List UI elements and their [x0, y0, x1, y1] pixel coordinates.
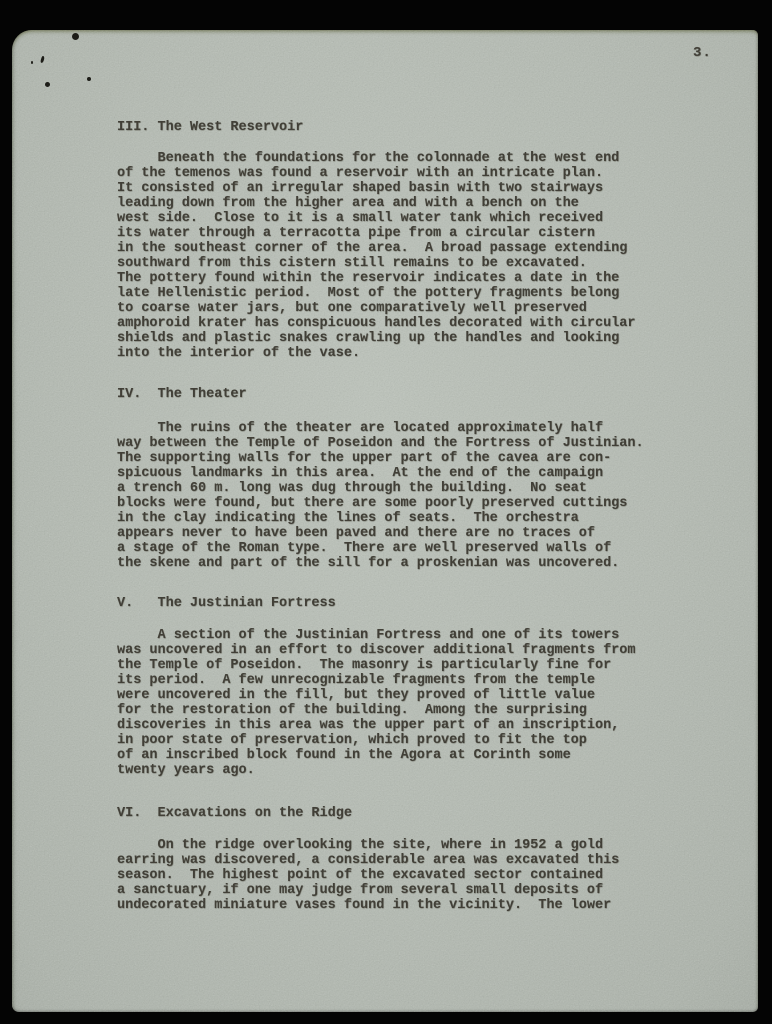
scan-artifact-dot — [31, 61, 33, 64]
section-body-excavations-ridge: On the ridge overlooking the site, where… — [117, 838, 619, 913]
section-heading-justinian-fortress: V. The Justinian Fortress — [117, 596, 336, 611]
section-heading-west-reservoir: III. The West Reservoir — [117, 120, 303, 135]
scanned-document-viewport: 3. III. The West Reservoir Beneath the f… — [0, 0, 772, 1024]
scan-artifact-mark — [40, 56, 45, 64]
scan-artifact-dot — [87, 77, 91, 81]
scan-artifact-dot — [45, 82, 50, 87]
section-body-theater: The ruins of the theater are located app… — [117, 421, 644, 571]
section-heading-theater: IV. The Theater — [117, 387, 247, 402]
section-body-justinian-fortress: A section of the Justinian Fortress and … — [117, 628, 635, 778]
page-number: 3. — [693, 46, 712, 61]
scan-artifact-dot — [72, 33, 79, 40]
section-body-west-reservoir: Beneath the foundations for the colonnad… — [117, 151, 635, 361]
document-page: 3. III. The West Reservoir Beneath the f… — [12, 30, 758, 1012]
section-heading-excavations-ridge: VI. Excavations on the Ridge — [117, 806, 352, 821]
